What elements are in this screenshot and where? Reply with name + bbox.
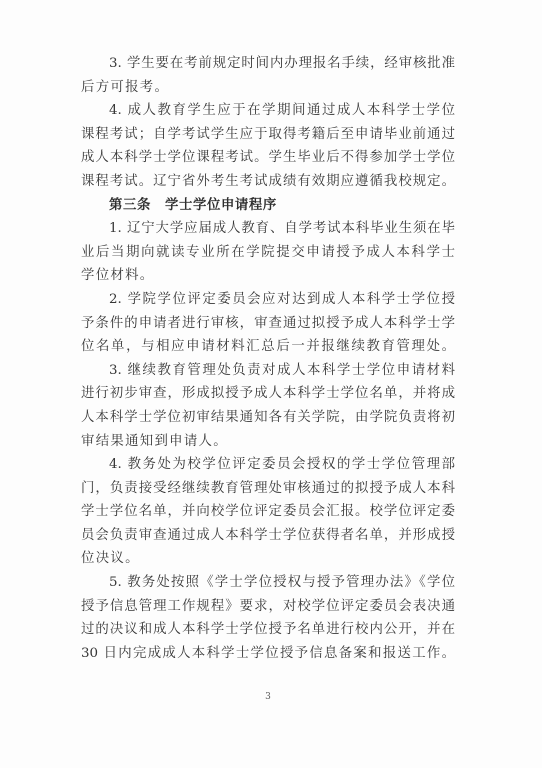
paragraph-line: 课程考试。辽宁省外考生考试成绩有效期应遵循我校规定。	[81, 170, 455, 194]
body-text: 3. 学生要在考前规定时间内办理报名手续，经审核批准 后方可报考。 4. 成人教…	[81, 52, 455, 665]
document-page: 3. 学生要在考前规定时间内办理报名手续，经审核批准 后方可报考。 4. 成人教…	[0, 0, 542, 768]
paragraph-line: 课程考试；自学考试学生应于取得考籍后至申请毕业前通过	[81, 123, 455, 147]
paragraph-line: 30 日内完成成人本科学士学位授予信息备案和报送工作。	[81, 642, 455, 666]
page-number: 3	[263, 691, 273, 703]
article-number: 第三条	[109, 198, 151, 213]
paragraph-line: 4. 成人教育学生应于在学期间通过成人本科学士学位	[81, 99, 455, 123]
paragraph-line: 位名单，与相应申请材料汇总后一并报继续教育管理处。	[81, 335, 455, 359]
paragraph-line: 进行初步审查，形成拟授予成人本科学士学位名单，并将成	[81, 382, 455, 406]
paragraph-line: 后方可报考。	[81, 76, 455, 100]
section-title: 学士学位申请程序	[165, 198, 277, 213]
paragraph-line: 学士学位名单，并向校学位评定委员会汇报。校学位评定委	[81, 500, 455, 524]
paragraph-line: 员会负责审查通过成人本科学士学位获得者名单，并形成授	[81, 524, 455, 548]
paragraph-line: 位决议。	[81, 547, 455, 571]
paragraph-line: 授予信息管理工作规程》要求，对校学位评定委员会表决通	[81, 595, 455, 619]
paragraph-line: 1. 辽宁大学应届成人教育、自学考试本科毕业生须在毕	[81, 217, 455, 241]
section-heading: 第三条学士学位申请程序	[81, 194, 455, 218]
paragraph-line: 人本科学士学位初审结果通知各有关学院，由学院负责将初	[81, 406, 455, 430]
paragraph-line: 业后当期向就读专业所在学院提交申请授予成人本科学士	[81, 241, 455, 265]
paragraph-line: 过的决议和成人本科学士学位授予名单进行校内公开，并在	[81, 618, 455, 642]
paragraph-line: 学位材料。	[81, 264, 455, 288]
paragraph-line: 审结果通知到申请人。	[81, 430, 455, 454]
paragraph-line: 4. 教务处为校学位评定委员会授权的学士学位管理部	[81, 453, 455, 477]
paragraph-line: 3. 继续教育管理处负责对成人本科学士学位申请材料	[81, 359, 455, 383]
paragraph-line: 予条件的申请者进行审核，审查通过拟授予成人本科学士学	[81, 312, 455, 336]
paragraph-line: 成人本科学士学位课程考试。学生毕业后不得参加学士学位	[81, 146, 455, 170]
paragraph-line: 门，负责接受经继续教育管理处审核通过的拟授予成人本科	[81, 477, 455, 501]
paragraph-line: 2. 学院学位评定委员会应对达到成人本科学士学位授	[81, 288, 455, 312]
paragraph-line: 3. 学生要在考前规定时间内办理报名手续，经审核批准	[81, 52, 455, 76]
paragraph-line: 5. 教务处按照《学士学位授权与授予管理办法》《学位	[81, 571, 455, 595]
